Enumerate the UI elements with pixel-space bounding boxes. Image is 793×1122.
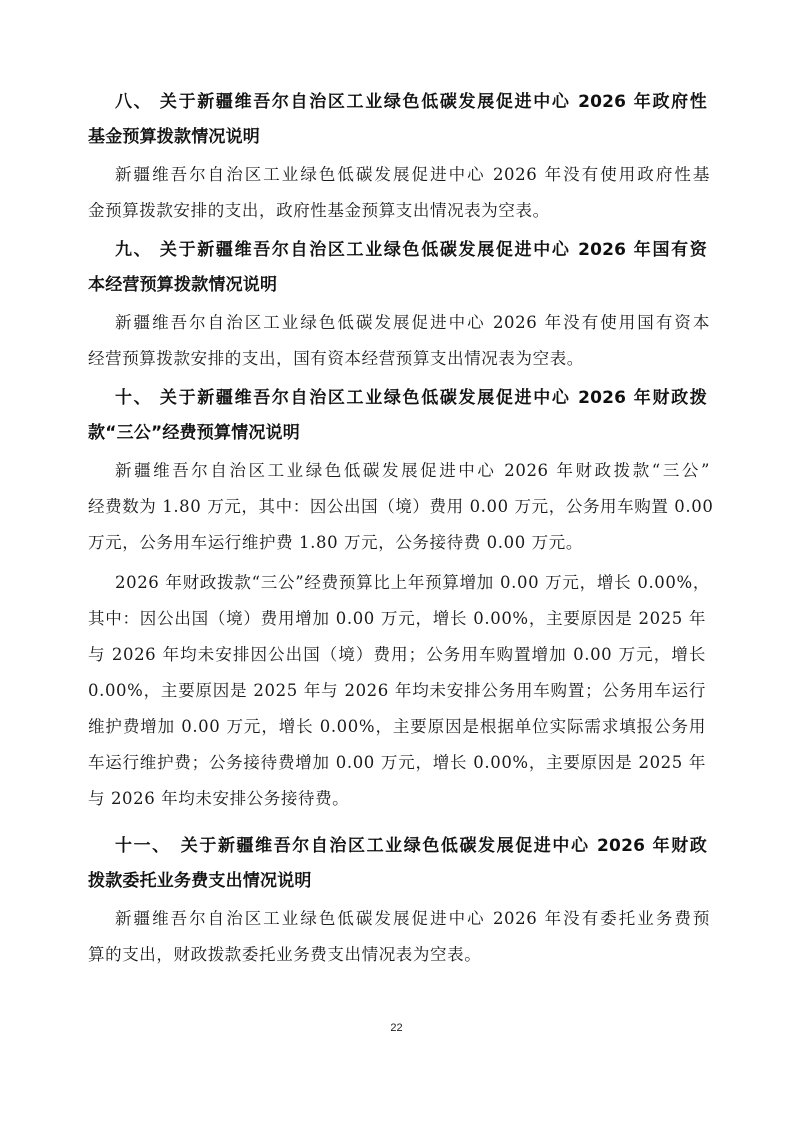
document-page: 八、 关于新疆维吾尔自治区工业绿色低碳发展促进中心 2026 年政府性 基金预算… xyxy=(0,0,793,1122)
section-10-paragraph-2-line-1: 2026 年财政拨款“三公”经费预算比上年预算增加 0.00 万元，增长 0.0… xyxy=(115,571,710,595)
section-9-heading-line-2: 本经营预算拨款情况说明 xyxy=(88,273,688,297)
section-10-paragraph-1-line-1: 新疆维吾尔自治区工业绿色低碳发展促进中心 2026 年财政拨款“三公” xyxy=(115,459,710,483)
section-11-paragraph-line-1: 新疆维吾尔自治区工业绿色低碳发展促进中心 2026 年没有委托业务费预 xyxy=(115,907,710,931)
section-8-paragraph-line-1: 新疆维吾尔自治区工业绿色低碳发展促进中心 2026 年没有使用政府性基 xyxy=(115,163,710,187)
section-9-paragraph-line-2: 经营预算拨款安排的支出，国有资本经营预算支出情况表为空表。 xyxy=(88,347,688,371)
section-8-heading-line-1: 八、 关于新疆维吾尔自治区工业绿色低碳发展促进中心 2026 年政府性 xyxy=(115,90,707,114)
section-11-heading-line-1: 十一、 关于新疆维吾尔自治区工业绿色低碳发展促进中心 2026 年财政 xyxy=(115,834,707,858)
section-9-paragraph-line-1: 新疆维吾尔自治区工业绿色低碳发展促进中心 2026 年没有使用国有资本 xyxy=(115,311,710,335)
section-10-paragraph-2-line-6: 车运行维护费；公务接待费增加 0.00 万元，增长 0.00%，主要原因是 20… xyxy=(88,751,706,775)
section-8-heading-line-2: 基金预算拨款情况说明 xyxy=(88,125,688,149)
section-10-paragraph-1-line-2: 经费数为 1.80 万元，其中：因公出国（境）费用 0.00 万元，公务用车购置… xyxy=(88,495,706,519)
section-11-paragraph-line-2: 算的支出，财政拨款委托业务费支出情况表为空表。 xyxy=(88,943,688,967)
page-number: 22 xyxy=(0,1022,793,1034)
section-10-paragraph-1-line-3: 万元，公务用车运行维护费 1.80 万元，公务接待费 0.00 万元。 xyxy=(88,531,688,555)
section-11-heading-line-2: 拨款委托业务费支出情况说明 xyxy=(88,869,688,893)
section-10-heading-line-1: 十、 关于新疆维吾尔自治区工业绿色低碳发展促进中心 2026 年财政拨 xyxy=(115,386,707,410)
section-10-paragraph-2-line-2: 其中：因公出国（境）费用增加 0.00 万元，增长 0.00%，主要原因是 20… xyxy=(88,607,706,631)
section-10-paragraph-2-line-5: 维护费增加 0.00 万元，增长 0.00%，主要原因是根据单位实际需求填报公务… xyxy=(88,715,706,739)
section-10-paragraph-2-line-7: 与 2026 年均未安排公务接待费。 xyxy=(88,787,688,811)
section-8-paragraph-line-2: 金预算拨款安排的支出，政府性基金预算支出情况表为空表。 xyxy=(88,199,688,223)
section-10-paragraph-2-line-4: 0.00%，主要原因是 2025 年与 2026 年均未安排公务用车购置；公务用… xyxy=(88,679,706,703)
section-10-paragraph-2-line-3: 与 2026 年均未安排因公出国（境）费用；公务用车购置增加 0.00 万元，增… xyxy=(88,643,706,667)
section-10-heading-line-2: 款“三公”经费预算情况说明 xyxy=(88,421,688,445)
section-9-heading-line-1: 九、 关于新疆维吾尔自治区工业绿色低碳发展促进中心 2026 年国有资 xyxy=(115,238,707,262)
